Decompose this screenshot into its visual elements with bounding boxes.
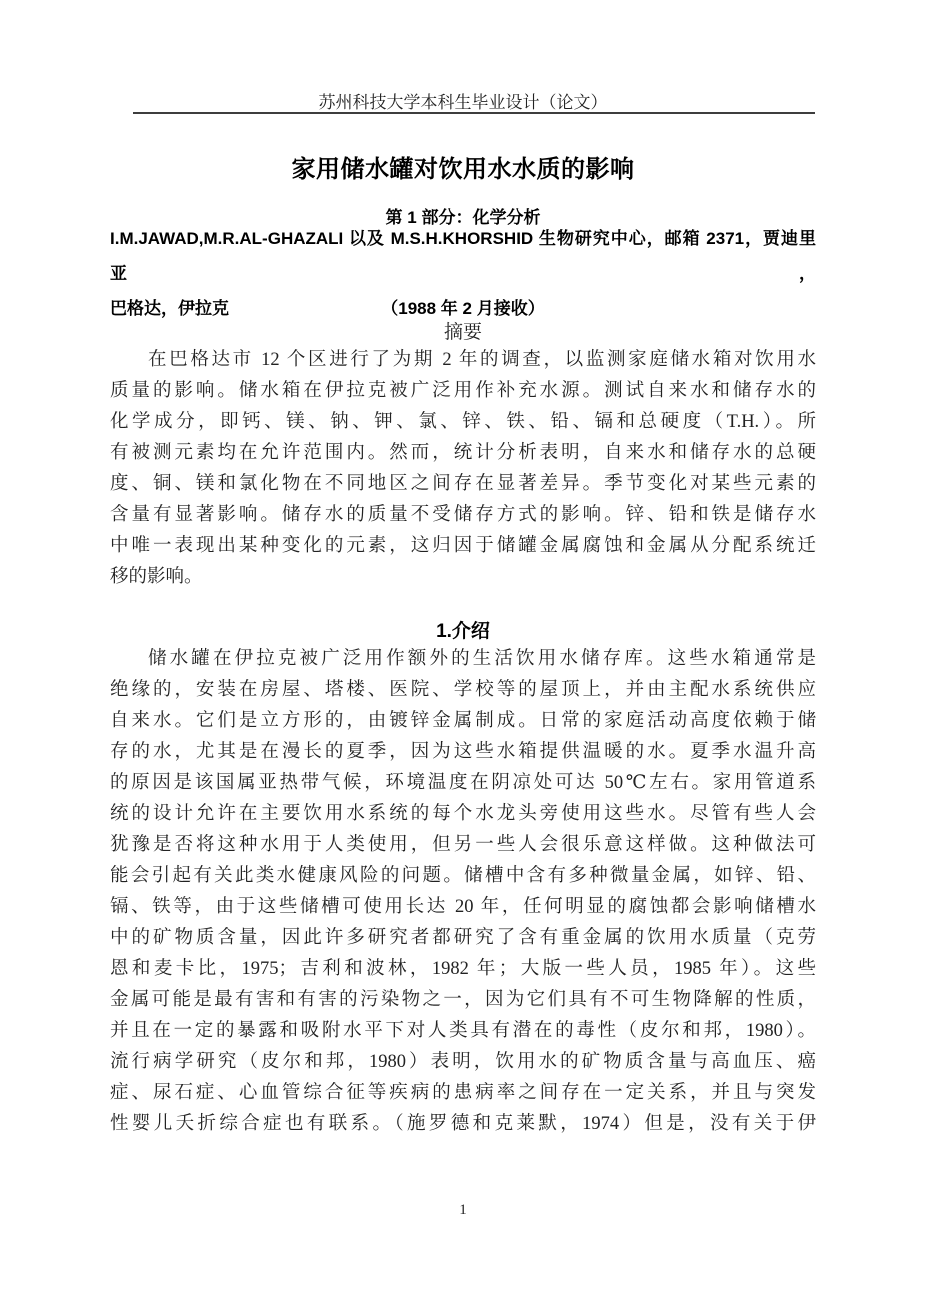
text-line: 储水罐在伊拉克被广泛用作额外的生活饮用水储存库。这些水箱通常是 [110, 644, 816, 675]
text-line: 流行病学研究（皮尔和邦，1980）表明，饮用水的矿物质含量与高血压、癌 [110, 1047, 816, 1078]
text-line: 统的设计允许在主要饮用水系统的每个水龙头旁使用这些水。尽管有些人会 [110, 799, 816, 830]
text-line: 质量的影响。储水箱在伊拉克被广泛用作补充水源。测试自来水和储存水的 [110, 376, 816, 407]
text-line: 性婴儿夭折综合症也有联系。（施罗德和克莱默，1974）但是，没有关于伊 [110, 1109, 816, 1140]
paper-title: 家用储水罐对饮用水水质的影响 [0, 149, 926, 184]
text-line: 自来水。它们是立方形的，由镀锌金属制成。日常的家庭活动高度依赖于储 [110, 706, 816, 737]
received-date: （1988 年 2 月接收） [0, 294, 926, 319]
text-line: 症、尿石症、心血管综合征等疾病的患病率之间存在一定关系，并且与突发 [110, 1078, 816, 1109]
text-line: 在巴格达市 12 个区进行了为期 2 年的调查，以监测家庭储水箱对饮用水 [110, 345, 816, 376]
text-line: 存的水，尤其是在漫长的夏季，因为这些水箱提供温暖的水。夏季水温升高 [110, 737, 816, 768]
author-line: I.M.JAWAD,M.R.AL-GHAZALI 以及 M.S.H.KHORSH… [110, 221, 816, 291]
text-line: 移的影响。 [110, 562, 816, 593]
text-line: 化学成分，即钙、镁、钠、钾、氯、锌、铁、铅、镉和总硬度（T.H.）。所 [110, 407, 816, 438]
document-page: { "page": { "header": "苏州科技大学本科生毕业设计（论文）… [0, 0, 926, 1309]
text-line: 恩和麦卡比，1975；吉利和波林，1982 年；大版一些人员，1985 年）。这… [110, 954, 816, 985]
text-line: 犹豫是否将这种水用于人类使用，但另一些人会很乐意这样做。这种做法可 [110, 830, 816, 861]
text-line: 中的矿物质含量，因此许多研究者都研究了含有重金属的饮用水质量（克劳 [110, 923, 816, 954]
text-line: 镉、铁等，由于这些储槽可使用长达 20 年，任何明显的腐蚀都会影响储槽水 [110, 892, 816, 923]
text-line: 金属可能是最有害和有害的污染物之一，因为它们具有不可生物降解的性质， [110, 985, 816, 1016]
text-line: 度、铜、镁和氯化物在不同地区之间存在显著差异。季节变化对某些元素的 [110, 469, 816, 500]
abstract-heading: 摘要 [0, 317, 926, 344]
abstract-paragraph: 在巴格达市 12 个区进行了为期 2 年的调查，以监测家庭储水箱对饮用水 质量的… [110, 345, 816, 593]
section-heading: 1.介绍 [0, 616, 926, 643]
text-line: 的原因是该国属亚热带气候，环境温度在阴凉处可达 50℃左右。家用管道系 [110, 768, 816, 799]
text-line: 含量有显著影响。储存水的质量不受储存方式的影响。锌、铅和铁是储存水 [110, 500, 816, 531]
header-divider [133, 112, 815, 114]
running-header: 苏州科技大学本科生毕业设计（论文） [0, 88, 926, 113]
text-line: 能会引起有关此类水健康风险的问题。储槽中含有多种微量金属，如锌、铅、 [110, 861, 816, 892]
text-line: 有被测元素均在允许范围内。然而，统计分析表明，自来水和储存水的总硬 [110, 438, 816, 469]
text-line: 绝缘的，安装在房屋、塔楼、医院、学校等的屋顶上，并由主配水系统供应 [110, 675, 816, 706]
text-line: 中唯一表现出某种变化的元素，这归因于储罐金属腐蚀和金属从分配系统迁 [110, 531, 816, 562]
text-line: 并且在一定的暴露和吸附水平下对人类具有潜在的毒性（皮尔和邦，1980）。 [110, 1016, 816, 1047]
introduction-paragraph: 储水罐在伊拉克被广泛用作额外的生活饮用水储存库。这些水箱通常是 绝缘的，安装在房… [110, 644, 816, 1140]
page-number: 1 [0, 1202, 926, 1219]
